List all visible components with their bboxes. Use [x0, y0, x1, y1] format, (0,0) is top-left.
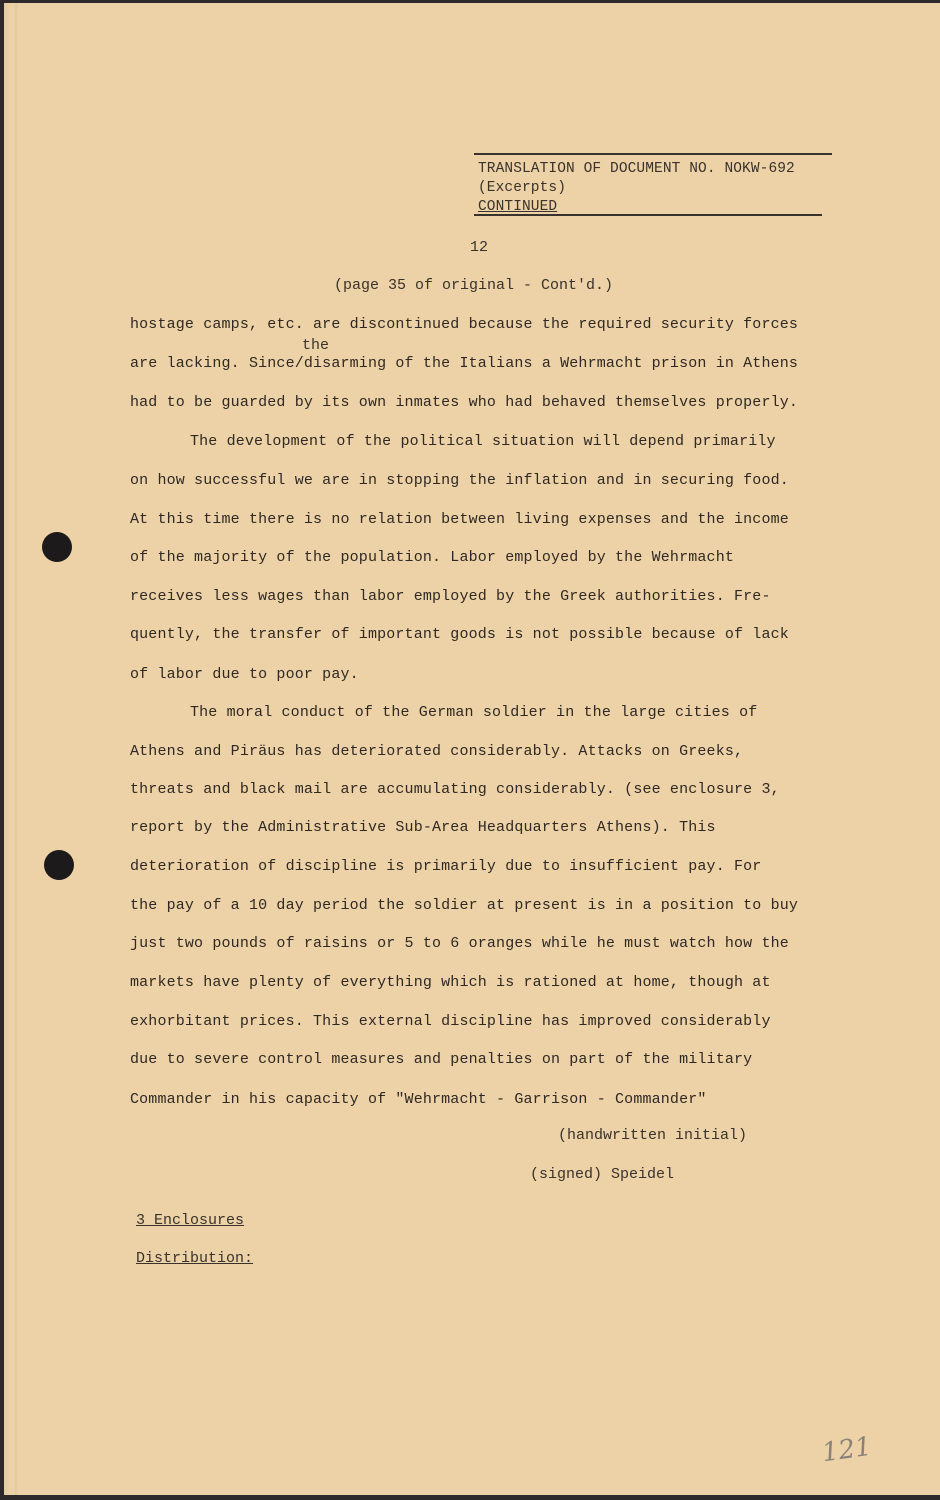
handwritten-insertion: the: [302, 337, 329, 354]
paragraph-start: The development of the political situati…: [190, 433, 776, 450]
punch-hole-top: [42, 532, 72, 562]
punch-hole-bottom: [44, 850, 74, 880]
body-line: hostage camps, etc. are discontinued bec…: [130, 316, 798, 333]
body-line: exhorbitant prices. This external discip…: [130, 1013, 771, 1030]
body-line: Athens and Piräus has deteriorated consi…: [130, 743, 743, 760]
body-line: are lacking. Since/disarming of the Ital…: [130, 355, 798, 372]
body-line: report by the Administrative Sub-Area He…: [130, 819, 716, 836]
body-line: receives less wages than labor employed …: [130, 588, 771, 605]
enclosures-label: 3 Enclosures: [136, 1212, 244, 1229]
document-status: CONTINUED: [478, 199, 557, 215]
handwritten-initial-note: (handwritten initial): [558, 1127, 747, 1144]
header-rule-bottom: [474, 214, 822, 216]
body-line: of labor due to poor pay.: [130, 666, 359, 683]
distribution-label: Distribution:: [136, 1250, 253, 1267]
body-line: the pay of a 10 day period the soldier a…: [130, 897, 798, 914]
body-line: quently, the transfer of important goods…: [130, 626, 789, 643]
signature: (signed) Speidel: [530, 1166, 674, 1183]
body-line: had to be guarded by its own inmates who…: [130, 394, 798, 411]
body-line: just two pounds of raisins or 5 to 6 ora…: [130, 935, 789, 952]
header-rule-top: [474, 153, 832, 155]
scan-edge: [0, 1495, 940, 1500]
handwritten-page-number: 121: [820, 1432, 873, 1469]
document-subtitle: (Excerpts): [478, 180, 566, 196]
body-line: At this time there is no relation betwee…: [130, 511, 789, 528]
source-reference: (page 35 of original - Cont'd.): [334, 277, 613, 294]
body-line: deterioration of discipline is primarily…: [130, 858, 761, 875]
paragraph-start: The moral conduct of the German soldier …: [190, 704, 757, 721]
page-number: 12: [470, 239, 488, 256]
body-line: threats and black mail are accumulating …: [130, 781, 780, 798]
body-line: markets have plenty of everything which …: [130, 974, 771, 991]
document-page: TRANSLATION OF DOCUMENT NO. NOKW-692 (Ex…: [4, 3, 940, 1495]
body-line: due to severe control measures and penal…: [130, 1051, 752, 1068]
document-title: TRANSLATION OF DOCUMENT NO. NOKW-692: [478, 161, 795, 177]
body-line: on how successful we are in stopping the…: [130, 472, 789, 489]
body-line: Commander in his capacity of "Wehrmacht …: [130, 1091, 707, 1108]
body-line: of the majority of the population. Labor…: [130, 549, 734, 566]
